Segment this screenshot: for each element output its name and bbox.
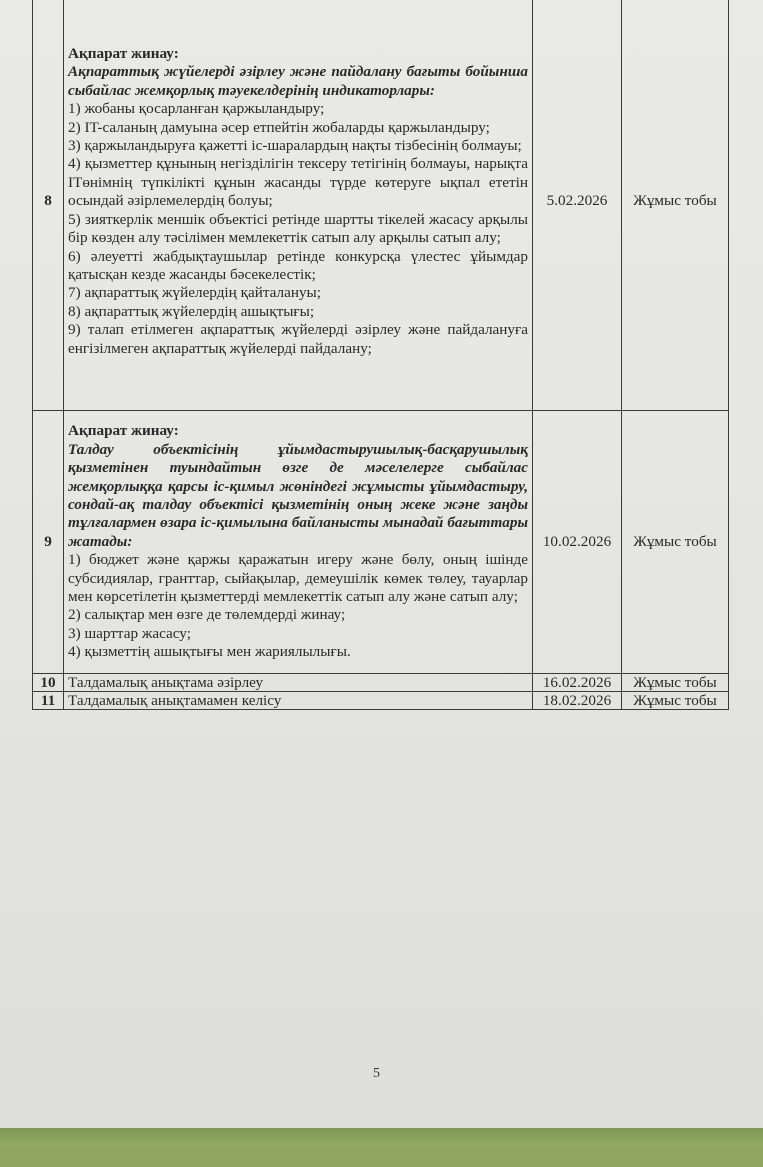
row-date: 10.02.2026 — [533, 411, 622, 674]
list-item: 8) ақпараттық жүйелердің ашықтығы; — [68, 303, 528, 321]
page-number: 5 — [373, 1066, 380, 1082]
list-item: 7) ақпараттық жүйелердің қайталануы; — [68, 284, 528, 302]
list-item: 6) әлеуетті жабдықтаушылар ретінде конку… — [68, 248, 528, 285]
row-content: Ақпарат жинау: Ақпараттық жүйелерді әзір… — [64, 0, 533, 411]
row-content: Талдамалық анықтама әзірлеу — [64, 674, 533, 692]
list-item: 4) қызметтер құнының негізділігін тексер… — [68, 155, 528, 210]
row-date: 18.02.2026 — [533, 692, 622, 710]
list-item: 2) салықтар мен өзге де төлемдерді жинау… — [68, 606, 528, 624]
row-responsible: Жұмыс тобы — [622, 674, 729, 692]
row-number: 8 — [33, 0, 64, 411]
row-date: 5.02.2026 — [533, 0, 622, 411]
table-row: 11 Талдамалық анықтамамен келісу 18.02.2… — [33, 692, 729, 710]
row-heading: Ақпарат жинау: — [68, 45, 528, 63]
list-item: 3) шарттар жасасу; — [68, 625, 528, 643]
table-row: 10 Талдамалық анықтама әзірлеу 16.02.202… — [33, 674, 729, 692]
table-row: 9 Ақпарат жинау: Талдау объектісінің ұйы… — [33, 411, 729, 674]
row-content: Ақпарат жинау: Талдау объектісінің ұйымд… — [64, 411, 533, 674]
row-responsible: Жұмыс тобы — [622, 0, 729, 411]
row-number: 11 — [33, 692, 64, 710]
list-item: 4) қызметтің ашықтығы мен жариялылығы. — [68, 643, 528, 661]
list-item: 3) қаржыландыруға қажетті іс-шаралардың … — [68, 137, 528, 155]
table-row: 8 Ақпарат жинау: Ақпараттық жүйелерді әз… — [33, 0, 729, 411]
list-item: 1) бюджет және қаржы қаражатын игеру жән… — [68, 551, 528, 606]
document-page: 8 Ақпарат жинау: Ақпараттық жүйелерді әз… — [0, 0, 763, 1128]
action-plan-table: 8 Ақпарат жинау: Ақпараттық жүйелерді әз… — [32, 0, 729, 710]
list-item: 2) IT-саланың дамуына әсер етпейтін жоба… — [68, 119, 528, 137]
row-number: 10 — [33, 674, 64, 692]
list-item: 5) зияткерлік меншік объектісі ретінде ш… — [68, 211, 528, 248]
background-surface — [0, 1128, 763, 1167]
list-item: 1) жобаны қосарланған қаржыландыру; — [68, 100, 528, 118]
row-heading: Ақпарат жинау: — [68, 422, 528, 440]
row-responsible: Жұмыс тобы — [622, 411, 729, 674]
row-content: Талдамалық анықтамамен келісу — [64, 692, 533, 710]
row-subheading: Ақпараттық жүйелерді әзірлеу және пайдал… — [68, 63, 528, 100]
row-responsible: Жұмыс тобы — [622, 692, 729, 710]
row-date: 16.02.2026 — [533, 674, 622, 692]
row-subheading: Талдау объектісінің ұйымдастырушылық-бас… — [68, 441, 528, 551]
row-number: 9 — [33, 411, 64, 674]
list-item: 9) талап етілмеген ақпараттық жүйелерді … — [68, 321, 528, 358]
